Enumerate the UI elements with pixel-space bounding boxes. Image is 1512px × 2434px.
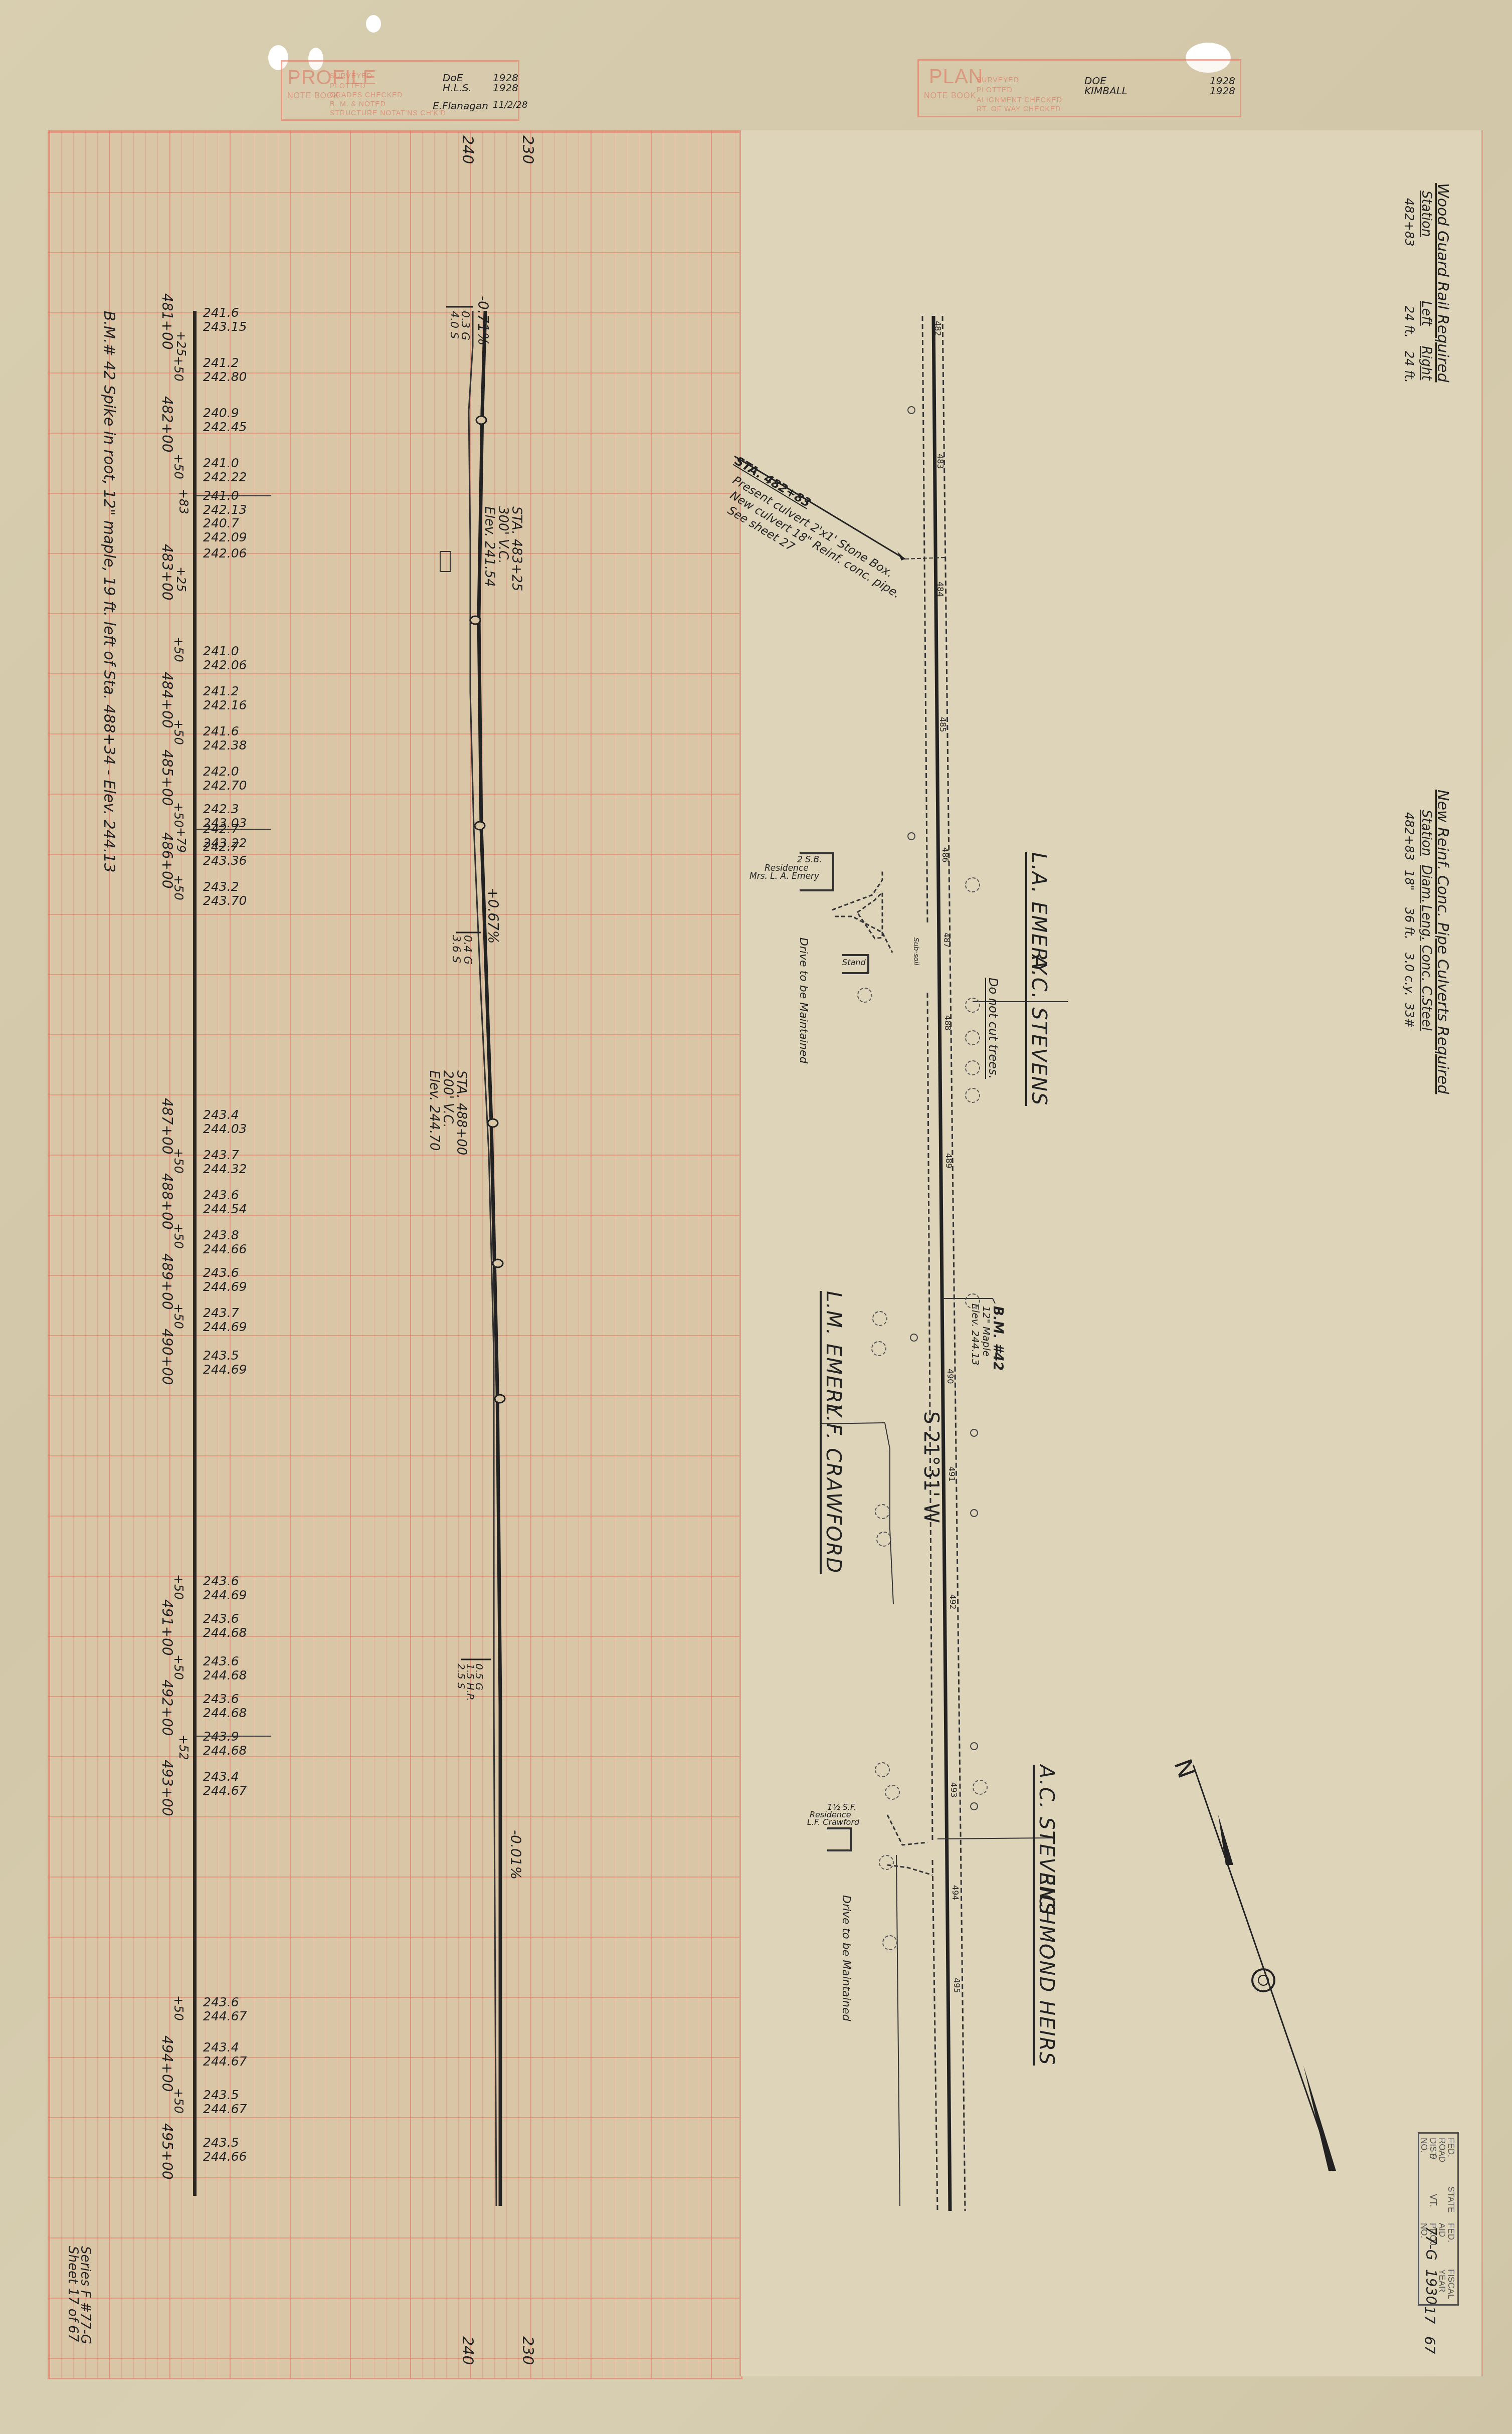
plan-station-mark: 486 — [940, 847, 950, 863]
benchmark-elev: Elev. 244.13 — [970, 1303, 982, 1365]
drive-note: Drive to be Maintained — [797, 938, 810, 1063]
fed-value-sheet: 17 — [1421, 2306, 1438, 2324]
residence-owner: Mrs. L. A. Emery — [749, 871, 819, 881]
tree-icon — [965, 1030, 980, 1045]
tree-icon — [885, 1785, 900, 1800]
drawing-sheet: PROFILE NOTE BOOK SURVEYED PLOTTED GRADE… — [0, 0, 1512, 2434]
pole-icon — [907, 406, 915, 414]
tree-icon — [882, 1935, 897, 1950]
plan-station-mark: 489 — [944, 1153, 954, 1169]
federal-aid-table: FED. ROAD DIST. NO. STATE FED. AID PROJ.… — [1418, 2132, 1459, 2306]
tree-icon — [876, 1532, 891, 1547]
stand-label: Stand — [842, 958, 866, 967]
pole-icon — [910, 1334, 918, 1342]
tree-icon — [879, 1855, 894, 1870]
plan-station-mark: 492 — [948, 1594, 958, 1610]
fed-value-year: 1930 — [1423, 2269, 1439, 2305]
fed-value-project: 77-G — [1423, 2226, 1439, 2260]
tree-icon — [871, 1341, 886, 1356]
plan-station-mark: 483 — [935, 454, 945, 469]
fed-value-district: 9 — [1428, 2154, 1438, 2159]
tree-icon — [875, 1504, 890, 1519]
tree-icon — [973, 1780, 988, 1795]
owner-label: A.C. STEVENS — [1025, 955, 1050, 1106]
owner-label: RICHMOND HEIRS — [1033, 1873, 1058, 2066]
pole-icon — [970, 1429, 978, 1437]
pole-icon — [970, 1509, 978, 1517]
plan-station-mark: 495 — [952, 1978, 962, 1993]
plan-station-mark: 488 — [943, 1015, 953, 1031]
fed-header: FISCAL YEAR — [1437, 2269, 1455, 2299]
owner-label: L.M. EMERY — [820, 1291, 845, 1417]
subsoil-label: Sub-soil — [912, 938, 920, 965]
plan-station-mark: 487 — [942, 932, 952, 948]
pole-icon — [970, 1742, 978, 1750]
pole-icon — [907, 832, 915, 840]
pole-icon — [970, 1802, 978, 1810]
tree-icon — [965, 877, 980, 892]
fed-value-total: 67 — [1421, 2336, 1438, 2354]
plan-station-mark: 491 — [947, 1466, 957, 1482]
tree-icon — [857, 988, 872, 1003]
fed-header: STATE — [1446, 2186, 1455, 2212]
sheet-count-label: Sheet 17 of 67 — [65, 2246, 80, 2342]
residence-owner: L.F. Crawford — [807, 1817, 859, 1827]
plan-station-mark: 494 — [951, 1885, 960, 1901]
plan-station-mark: 493 — [949, 1782, 959, 1798]
plan-station-mark: 485 — [938, 717, 948, 732]
tree-icon — [872, 1311, 887, 1326]
tree-icon — [965, 998, 980, 1013]
plan-station-mark: 484 — [935, 582, 945, 597]
fed-value-state: VT. — [1428, 2194, 1438, 2207]
north-arrow-icon — [1252, 1970, 1253, 1971]
tree-icon — [965, 1088, 980, 1103]
tree-icon — [965, 1060, 980, 1075]
tree-icon — [875, 1762, 890, 1777]
tree-note: Do not cut trees. — [985, 978, 1000, 1079]
owner-label: L.F. CRAWFORD — [820, 1404, 845, 1574]
benchmark-tree: 12" Maple — [981, 1306, 993, 1357]
plan-linework — [0, 0, 1512, 2434]
tree-icon — [965, 1293, 980, 1308]
plan-station-mark: 490 — [946, 1369, 955, 1384]
plan-station-mark: 482 — [933, 321, 942, 336]
bearing-label: S 21°31' W — [919, 1411, 942, 1523]
drive-note: Drive to be Maintained — [840, 1895, 852, 2021]
residence-crawford — [827, 1827, 852, 1851]
